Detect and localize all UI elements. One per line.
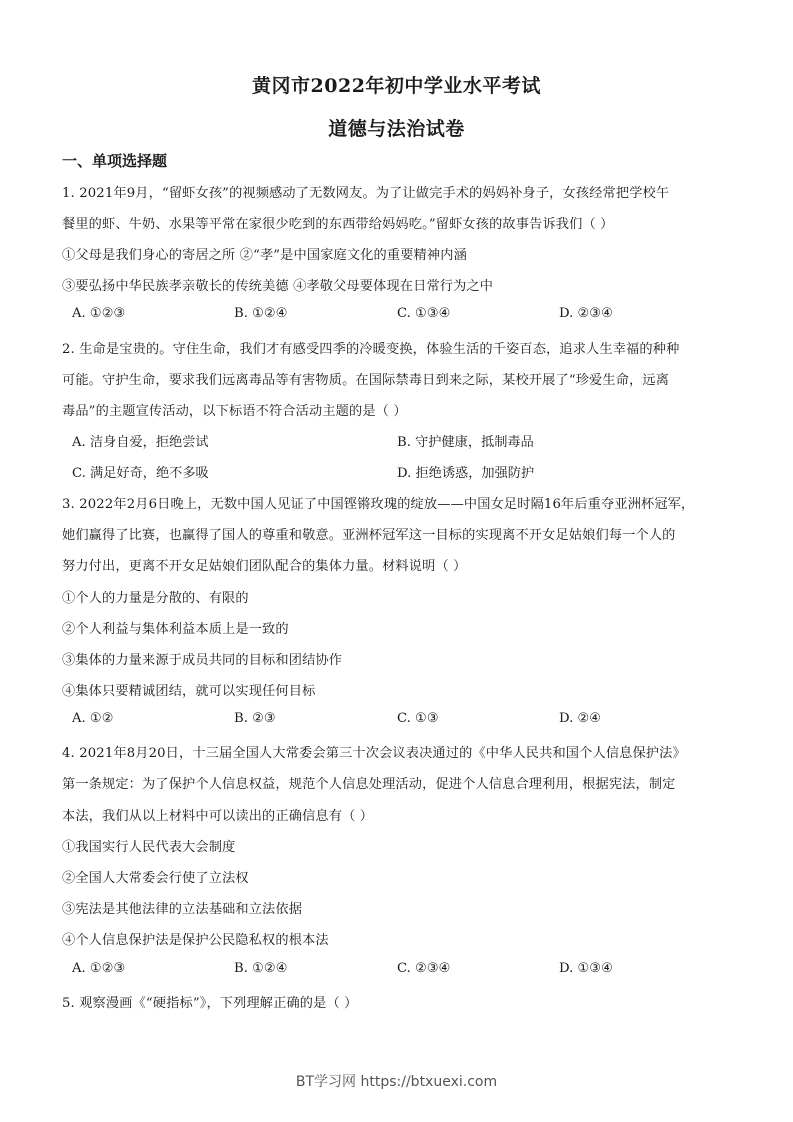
q3-statement-1: ①个人的力量是分散的、有限的 bbox=[62, 587, 249, 606]
q4-option-a[interactable]: A. ①②③ bbox=[72, 961, 125, 976]
q2-option-d[interactable]: D. 拒绝诱惑，加强防护 bbox=[397, 462, 534, 481]
q1-option-a[interactable]: A. ①②③ bbox=[72, 306, 125, 321]
q4-statement-2: ②全国人大常委会行使了立法权 bbox=[62, 867, 249, 886]
exam-subtitle: 道德与法治试卷 bbox=[0, 114, 793, 141]
q4-stem-line-1: 4. 2021年8月20日，十三届全国人大常委会第三十次会议表决通过的《中华人民… bbox=[62, 742, 686, 761]
q3-stem-line-3: 努力付出，更离不开女足姑娘们团队配合的集体力量。材料说明（ ） bbox=[62, 555, 466, 574]
q3-option-c[interactable]: C. ①③ bbox=[397, 711, 439, 726]
exam-page: 黄冈市2022年初中学业水平考试 道德与法治试卷 一、单项选择题 1. 2021… bbox=[0, 0, 793, 1122]
q1-option-d[interactable]: D. ②③④ bbox=[559, 306, 613, 321]
q4-option-c[interactable]: C. ②③④ bbox=[397, 961, 450, 976]
q4-option-b[interactable]: B. ①②④ bbox=[234, 961, 288, 976]
q1-stem-line-1: 1. 2021年9月，“留虾女孩”的视频感动了无数网友。为了让做完手术的妈妈补身… bbox=[62, 182, 669, 201]
q4-option-d[interactable]: D. ①③④ bbox=[559, 961, 613, 976]
q2-option-a[interactable]: A. 洁身自爱，拒绝尝试 bbox=[72, 431, 209, 450]
q3-stem-line-2: 她们赢得了比赛，也赢得了国人的尊重和敬意。亚洲杯冠军这一目标的实现离不开女足姑娘… bbox=[62, 524, 676, 543]
q2-stem-line-3: 毒品”的主题宣传活动，以下标语不符合活动主题的是（ ） bbox=[62, 400, 407, 419]
section-heading: 一、单项选择题 bbox=[62, 150, 167, 171]
q4-statement-1: ①我国实行人民代表大会制度 bbox=[62, 836, 235, 855]
q1-stem-line-2: 餐里的虾、牛奶、水果等平常在家很少吃到的东西带给妈妈吃。”留虾女孩的故事告诉我们… bbox=[62, 213, 613, 232]
q4-statement-3: ③宪法是其他法律的立法基础和立法依据 bbox=[62, 898, 302, 917]
q2-option-c[interactable]: C. 满足好奇，绝不多吸 bbox=[72, 462, 209, 481]
q5-stem-line-1: 5. 观察漫画《“硬指标”》，下列理解正确的是（ ） bbox=[62, 992, 358, 1011]
q3-stem-line-1: 3. 2022年2月6日晚上，无数中国人见证了中国铿锵玫瑰的绽放——中国女足时隔… bbox=[62, 493, 694, 512]
q3-option-b[interactable]: B. ②③ bbox=[234, 711, 276, 726]
q1-option-c[interactable]: C. ①③④ bbox=[397, 306, 450, 321]
q2-option-b[interactable]: B. 守护健康，抵制毒品 bbox=[397, 431, 534, 450]
q3-statement-3: ③集体的力量来源于成员共同的目标和团结协作 bbox=[62, 649, 342, 668]
q2-stem-line-1: 2. 生命是宝贵的。守住生命，我们才有感受四季的冷暖变换，体验生活的千姿百态，追… bbox=[62, 338, 679, 357]
q4-stem-line-2: 第一条规定：为了保护个人信息权益，规范个人信息处理活动，促进个人信息合理利用，根… bbox=[62, 773, 676, 792]
q2-stem-line-2: 可能。守护生命，要求我们远离毒品等有害物质。在国际禁毒日到来之际，某校开展了“珍… bbox=[62, 369, 669, 388]
q1-statement-1-2: ①父母是我们身心的寄居之所 ②“孝”是中国家庭文化的重要精神内涵 bbox=[62, 244, 467, 263]
watermark-footer: BT学习网 https://btxuexi.com bbox=[0, 1071, 793, 1091]
q4-stem-line-3: 本法，我们从以上材料中可以读出的正确信息有（ ） bbox=[62, 805, 373, 824]
q3-statement-2: ②个人利益与集体利益本质上是一致的 bbox=[62, 618, 289, 637]
q1-option-b[interactable]: B. ①②④ bbox=[234, 306, 288, 321]
exam-title: 黄冈市2022年初中学业水平考试 bbox=[0, 71, 793, 98]
q3-option-a[interactable]: A. ①② bbox=[72, 711, 114, 726]
q3-option-d[interactable]: D. ②④ bbox=[559, 711, 601, 726]
q3-statement-4: ④集体只要精诚团结，就可以实现任何目标 bbox=[62, 680, 315, 699]
q1-statement-3-4: ③要弘扬中华民族孝亲敬长的传统美德 ④孝敬父母要体现在日常行为之中 bbox=[62, 275, 493, 294]
q4-statement-4: ④个人信息保护法是保护公民隐私权的根本法 bbox=[62, 929, 329, 948]
